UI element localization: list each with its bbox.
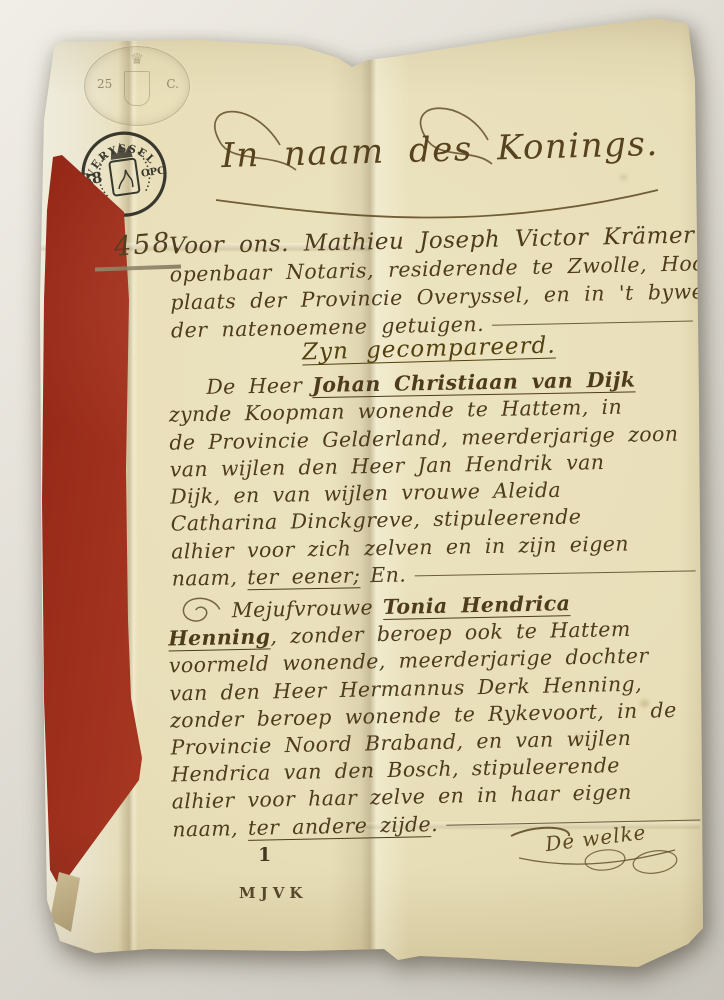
party2-role-designation: ter andere zijde	[248, 811, 432, 842]
document-title: In naam des Konings.	[205, 123, 676, 176]
party2-name-part1: Tonia Hendrica	[383, 590, 571, 621]
party2-closing-prefix: naam,	[172, 815, 238, 844]
party2-name-part2: Henning	[168, 624, 271, 653]
mantle-right	[138, 151, 152, 192]
crown-icon: ♛	[130, 50, 143, 68]
paragraph-spiral-flourish	[173, 593, 226, 628]
party1-intro: De Heer	[206, 372, 302, 401]
embossed-seal-value-left: 25	[97, 77, 112, 91]
ink-stamp-arc-label: OVERYSSEL	[79, 138, 161, 191]
opening-paragraph: Voor ons. Mathieu Joseph Victor Krämer o…	[169, 222, 693, 345]
embossed-tax-seal: ♛ 25 C.	[84, 46, 190, 126]
ink-stamp-code: OPC	[140, 165, 166, 179]
page-number: 1	[258, 844, 271, 866]
top-edge-shadow	[0, 0, 724, 95]
party1-role-designation: ter eener;	[247, 562, 360, 591]
photo-of-notarial-document: ♛ 25 C. OVERYSSEL 38 OPC	[0, 0, 724, 1000]
shield-icon	[109, 158, 139, 195]
bottom-edge-shadow	[0, 870, 724, 980]
party2-intro: Mejufvrouwe	[231, 594, 373, 624]
filler-line	[492, 321, 693, 326]
mantle-left	[96, 157, 110, 198]
document-page: ♛ 25 C. OVERYSSEL 38 OPC	[0, 0, 724, 1000]
party2-paragraph: Mejufvrouwe Tonia Hendrica Henning , zon…	[167, 587, 700, 843]
age-spot	[620, 175, 627, 180]
ribbon-bottom-tip	[50, 872, 80, 932]
filler-line	[414, 570, 695, 576]
left-margin-fold-highlight	[0, 0, 122, 1000]
lion-figure	[117, 169, 134, 189]
printer-mark: MJVK	[239, 884, 307, 902]
embossed-seal-value-right: C.	[166, 77, 179, 91]
overyssel-ink-stamp: OVERYSSEL 38 OPC	[73, 121, 177, 227]
ink-stamp-number: 38	[80, 168, 103, 189]
crown-icon	[109, 141, 133, 160]
party1-paragraph: De Heer Johan Christiaan van Dijk zynde …	[168, 365, 696, 592]
ink-stamp-circle	[78, 128, 171, 221]
left-fold-crease	[118, 0, 138, 1000]
document-page-shadow-wrap: ♛ 25 C. OVERYSSEL 38 OPC	[0, 0, 724, 1000]
party1-closing-prefix: naam,	[171, 564, 237, 592]
party2-closing-suffix: .	[431, 811, 438, 838]
filler-line	[446, 819, 700, 825]
coat-of-arms-shield-icon	[124, 71, 150, 106]
party1-closing-suffix: En.	[370, 562, 406, 590]
act-number-underline	[95, 265, 181, 272]
